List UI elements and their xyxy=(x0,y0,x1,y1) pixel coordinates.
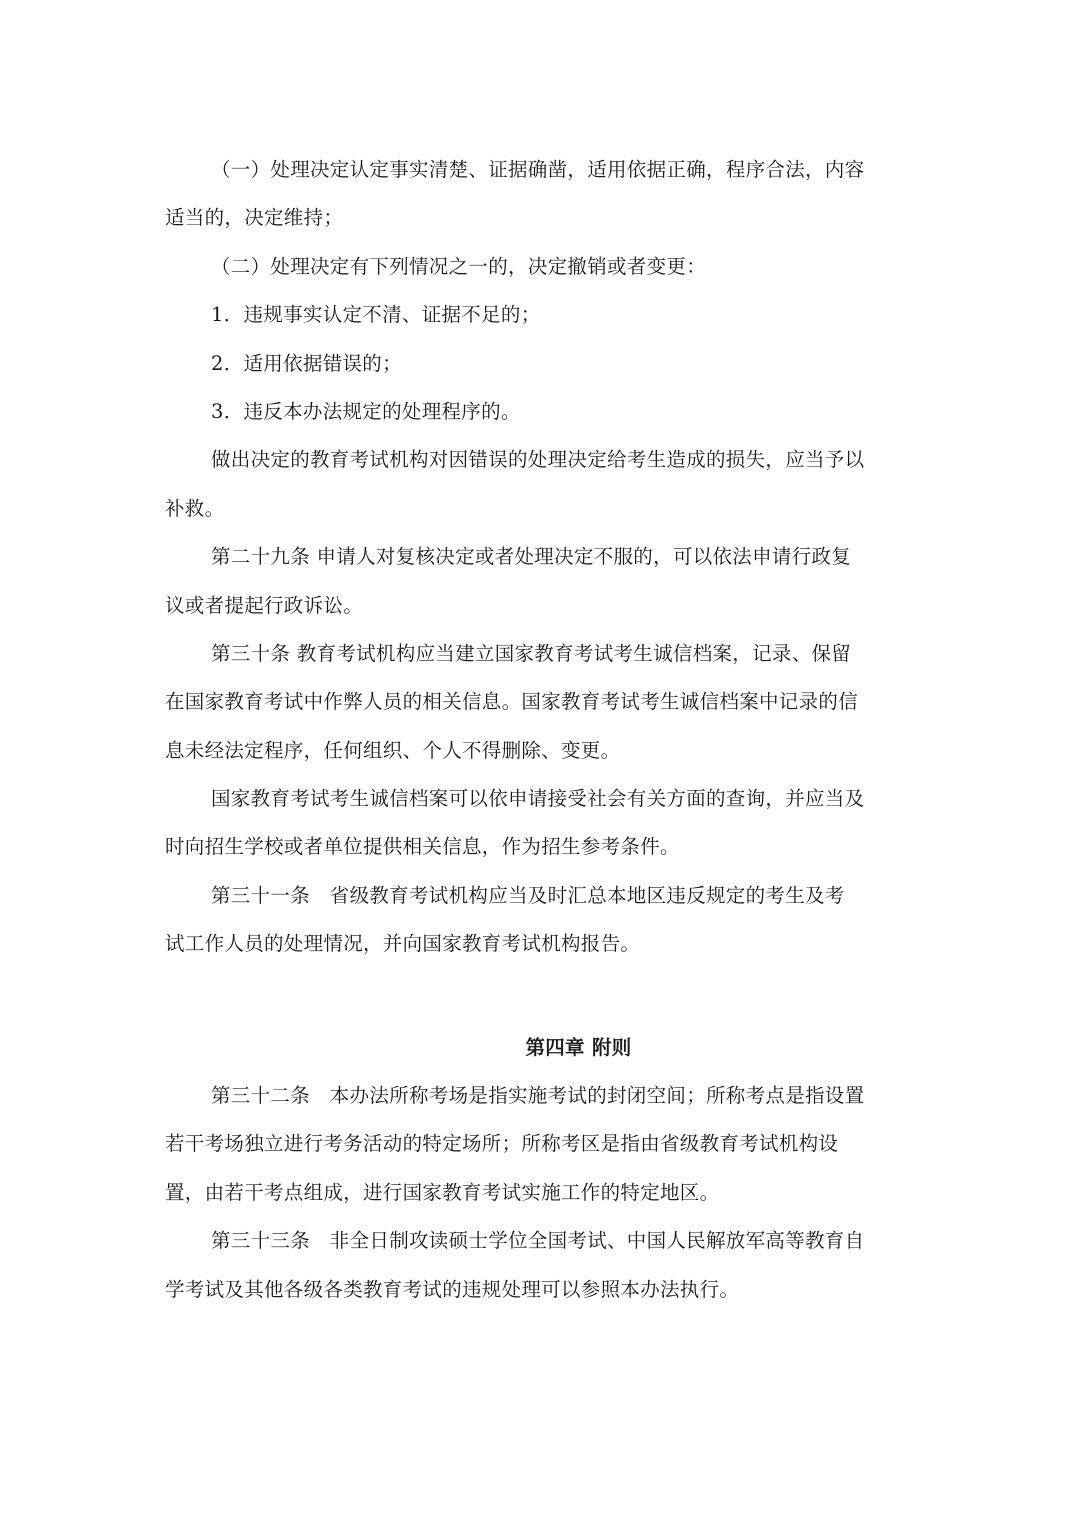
text-line: （一）处理决定认定事实清楚、证据确凿，适用依据正确，程序合法，内容 xyxy=(165,146,922,194)
text-line: 第三十二条 本办法所称考场是指实施考试的封闭空间；所称考点是指设置 xyxy=(165,1072,922,1120)
text-line: 若干考场独立进行考务活动的特定场所；所称考区是指由省级教育考试机构设 xyxy=(165,1120,922,1168)
paragraph-remedy: 做出决定的教育考试机构对因错误的处理决定给考生造成的损失，应当予以 补救。 xyxy=(165,436,922,533)
text-line: 议或者提起行政诉讼。 xyxy=(165,582,922,630)
article-33: 第三十三条 非全日制攻读硕士学位全国考试、中国人民解放军高等教育自 学考试及其他… xyxy=(165,1217,922,1314)
article-32: 第三十二条 本办法所称考场是指实施考试的封闭空间；所称考点是指设置 若干考场独立… xyxy=(165,1072,922,1217)
text-line: （二）处理决定有下列情况之一的，决定撤销或者变更： xyxy=(165,243,922,291)
text-line: 第三十一条 省级教育考试机构应当及时汇总本地区违反规定的考生及考 xyxy=(165,872,922,920)
text-line: 2．适用依据错误的； xyxy=(165,340,922,388)
article-30: 第三十条 教育考试机构应当建立国家教育考试考生诚信档案，记录、保留 在国家教育考… xyxy=(165,630,922,775)
paragraph-decision-upheld: （一）处理决定认定事实清楚、证据确凿，适用依据正确，程序合法，内容 适当的，决定… xyxy=(165,146,922,243)
list-item-1: 1．违规事实认定不清、证据不足的； xyxy=(165,291,922,339)
text-line: 做出决定的教育考试机构对因错误的处理决定给考生造成的损失，应当予以 xyxy=(165,436,922,484)
text-line: 3．违反本办法规定的处理程序的。 xyxy=(165,388,922,436)
list-item-2: 2．适用依据错误的； xyxy=(165,340,922,388)
paragraph-decision-revoked: （二）处理决定有下列情况之一的，决定撤销或者变更： xyxy=(165,243,922,291)
list-item-3: 3．违反本办法规定的处理程序的。 xyxy=(165,388,922,436)
text-line: 1．违规事实认定不清、证据不足的； xyxy=(165,291,922,339)
article-29: 第二十九条 申请人对复核决定或者处理决定不服的，可以依法申请行政复 议或者提起行… xyxy=(165,533,922,630)
document-page: （一）处理决定认定事实清楚、证据确凿，适用依据正确，程序合法，内容 适当的，决定… xyxy=(165,146,922,1314)
text-line: 息未经法定程序，任何组织、个人不得删除、变更。 xyxy=(165,727,922,775)
text-line: 时向招生学校或者单位提供相关信息，作为招生参考条件。 xyxy=(165,823,922,871)
article-31: 第三十一条 省级教育考试机构应当及时汇总本地区违反规定的考生及考 试工作人员的处… xyxy=(165,872,922,969)
text-line: 国家教育考试考生诚信档案可以依申请接受社会有关方面的查询，并应当及 xyxy=(165,775,922,823)
text-line: 在国家教育考试中作弊人员的相关信息。国家教育考试考生诚信档案中记录的信 xyxy=(165,678,922,726)
chapter-heading: 第四章 附则 xyxy=(165,1024,922,1072)
text-line: 试工作人员的处理情况，并向国家教育考试机构报告。 xyxy=(165,920,922,968)
text-line: 置，由若干考点组成，进行国家教育考试实施工作的特定地区。 xyxy=(165,1169,922,1217)
text-line: 第二十九条 申请人对复核决定或者处理决定不服的，可以依法申请行政复 xyxy=(165,533,922,581)
article-30-paragraph-2: 国家教育考试考生诚信档案可以依申请接受社会有关方面的查询，并应当及 时向招生学校… xyxy=(165,775,922,872)
text-line: 适当的，决定维持； xyxy=(165,194,922,242)
text-line: 学考试及其他各级各类教育考试的违规处理可以参照本办法执行。 xyxy=(165,1266,922,1314)
text-line: 补救。 xyxy=(165,485,922,533)
text-line: 第三十三条 非全日制攻读硕士学位全国考试、中国人民解放军高等教育自 xyxy=(165,1217,922,1265)
text-line: 第三十条 教育考试机构应当建立国家教育考试考生诚信档案，记录、保留 xyxy=(165,630,922,678)
section-spacer xyxy=(165,969,922,1024)
